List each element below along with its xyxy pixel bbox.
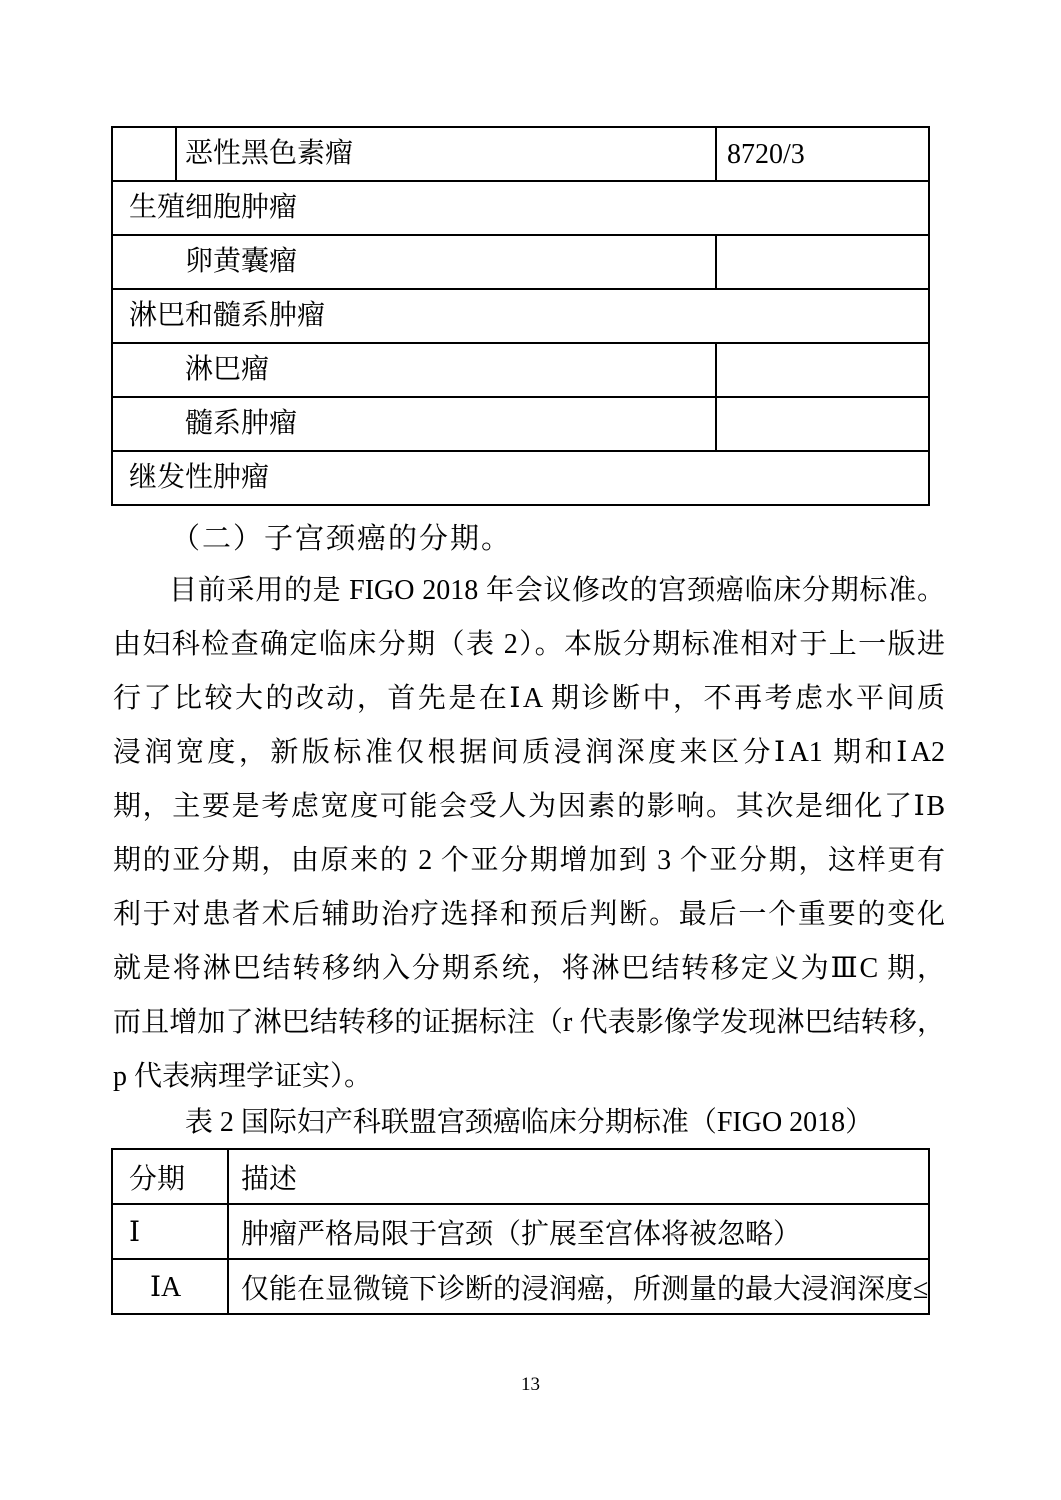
tumor-category-cell: 生殖细胞肿瘤: [112, 181, 929, 235]
description-cell: 肿瘤严格局限于宫颈（扩展至宫体将被忽略）: [228, 1204, 929, 1259]
paragraph-line: 行了比较大的改动，首先是在ⅠA 期诊断中，不再考虑水平间质: [113, 672, 945, 726]
tumor-code-cell: [716, 343, 929, 397]
section-heading: （二）子宫颈癌的分期。: [113, 512, 945, 566]
paragraph-line: 由妇科检查确定临床分期（表 2）。本版分期标准相对于上一版进: [113, 618, 945, 672]
table-row: 继发性肿瘤: [112, 451, 929, 505]
table-header-row: 分期 描述: [112, 1149, 929, 1204]
stage-cell: ⅠA: [112, 1259, 228, 1314]
tumor-code-cell: [716, 397, 929, 451]
table-row: 生殖细胞肿瘤: [112, 181, 929, 235]
table-row: 恶性黑色素瘤 8720/3: [112, 127, 929, 181]
tumor-category-cell: 继发性肿瘤: [112, 451, 929, 505]
stage-header-cell: 分期: [112, 1149, 228, 1204]
tumor-category-cell: 淋巴和髓系肿瘤: [112, 289, 929, 343]
document-page: 恶性黑色素瘤 8720/3 生殖细胞肿瘤 卵黄囊瘤 淋巴和髓系肿瘤 淋巴瘤 髓系…: [0, 0, 1061, 1500]
paragraph-line: 目前采用的是 FIGO 2018 年会议修改的宫颈癌临床分期标准。: [113, 564, 945, 618]
body-paragraph: 目前采用的是 FIGO 2018 年会议修改的宫颈癌临床分期标准。 由妇科检查确…: [113, 564, 945, 1104]
table-row: Ⅰ 肿瘤严格局限于宫颈（扩展至宫体将被忽略）: [112, 1204, 929, 1259]
tumor-code-cell: 8720/3: [716, 127, 929, 181]
tumor-code-cell: [716, 235, 929, 289]
tumor-name-cell: 恶性黑色素瘤: [176, 127, 716, 181]
table-row: 卵黄囊瘤: [112, 235, 929, 289]
table-row: 淋巴瘤: [112, 343, 929, 397]
page-number: 13: [0, 1374, 1061, 1396]
tumor-name-cell: 卵黄囊瘤: [112, 235, 716, 289]
table-row: 髓系肿瘤: [112, 397, 929, 451]
table2-caption: 表 2 国际妇产科联盟宫颈癌临床分期标准（FIGO 2018）: [113, 1096, 945, 1150]
description-header-cell: 描述: [228, 1149, 929, 1204]
paragraph-line: 而且增加了淋巴结转移的证据标注（r 代表影像学发现淋巴结转移，: [113, 996, 945, 1050]
tumor-name-cell: 淋巴瘤: [112, 343, 716, 397]
figo-staging-table: 分期 描述 Ⅰ 肿瘤严格局限于宫颈（扩展至宫体将被忽略） ⅠA 仅能在显微镜下诊…: [111, 1148, 930, 1315]
paragraph-line: 就是将淋巴结转移纳入分期系统，将淋巴结转移定义为ⅢC 期，: [113, 942, 945, 996]
empty-cell: [112, 127, 176, 181]
table-row: 淋巴和髓系肿瘤: [112, 289, 929, 343]
paragraph-line: 浸润宽度，新版标准仅根据间质浸润深度来区分ⅠA1 期和ⅠA2: [113, 726, 945, 780]
paragraph-line: 期的亚分期，由原来的 2 个亚分期增加到 3 个亚分期，这样更有: [113, 834, 945, 888]
tumor-name-cell: 髓系肿瘤: [112, 397, 716, 451]
table-row: ⅠA 仅能在显微镜下诊断的浸润癌，所测量的最大浸润深度≤5.0mm: [112, 1259, 929, 1314]
tumor-classification-table: 恶性黑色素瘤 8720/3 生殖细胞肿瘤 卵黄囊瘤 淋巴和髓系肿瘤 淋巴瘤 髓系…: [111, 126, 930, 506]
paragraph-line: 期，主要是考虑宽度可能会受人为因素的影响。其次是细化了ⅠB: [113, 780, 945, 834]
stage-cell: Ⅰ: [112, 1204, 228, 1259]
paragraph-line: 利于对患者术后辅助治疗选择和预后判断。最后一个重要的变化: [113, 888, 945, 942]
description-cell: 仅能在显微镜下诊断的浸润癌，所测量的最大浸润深度≤5.0mm: [228, 1259, 929, 1314]
